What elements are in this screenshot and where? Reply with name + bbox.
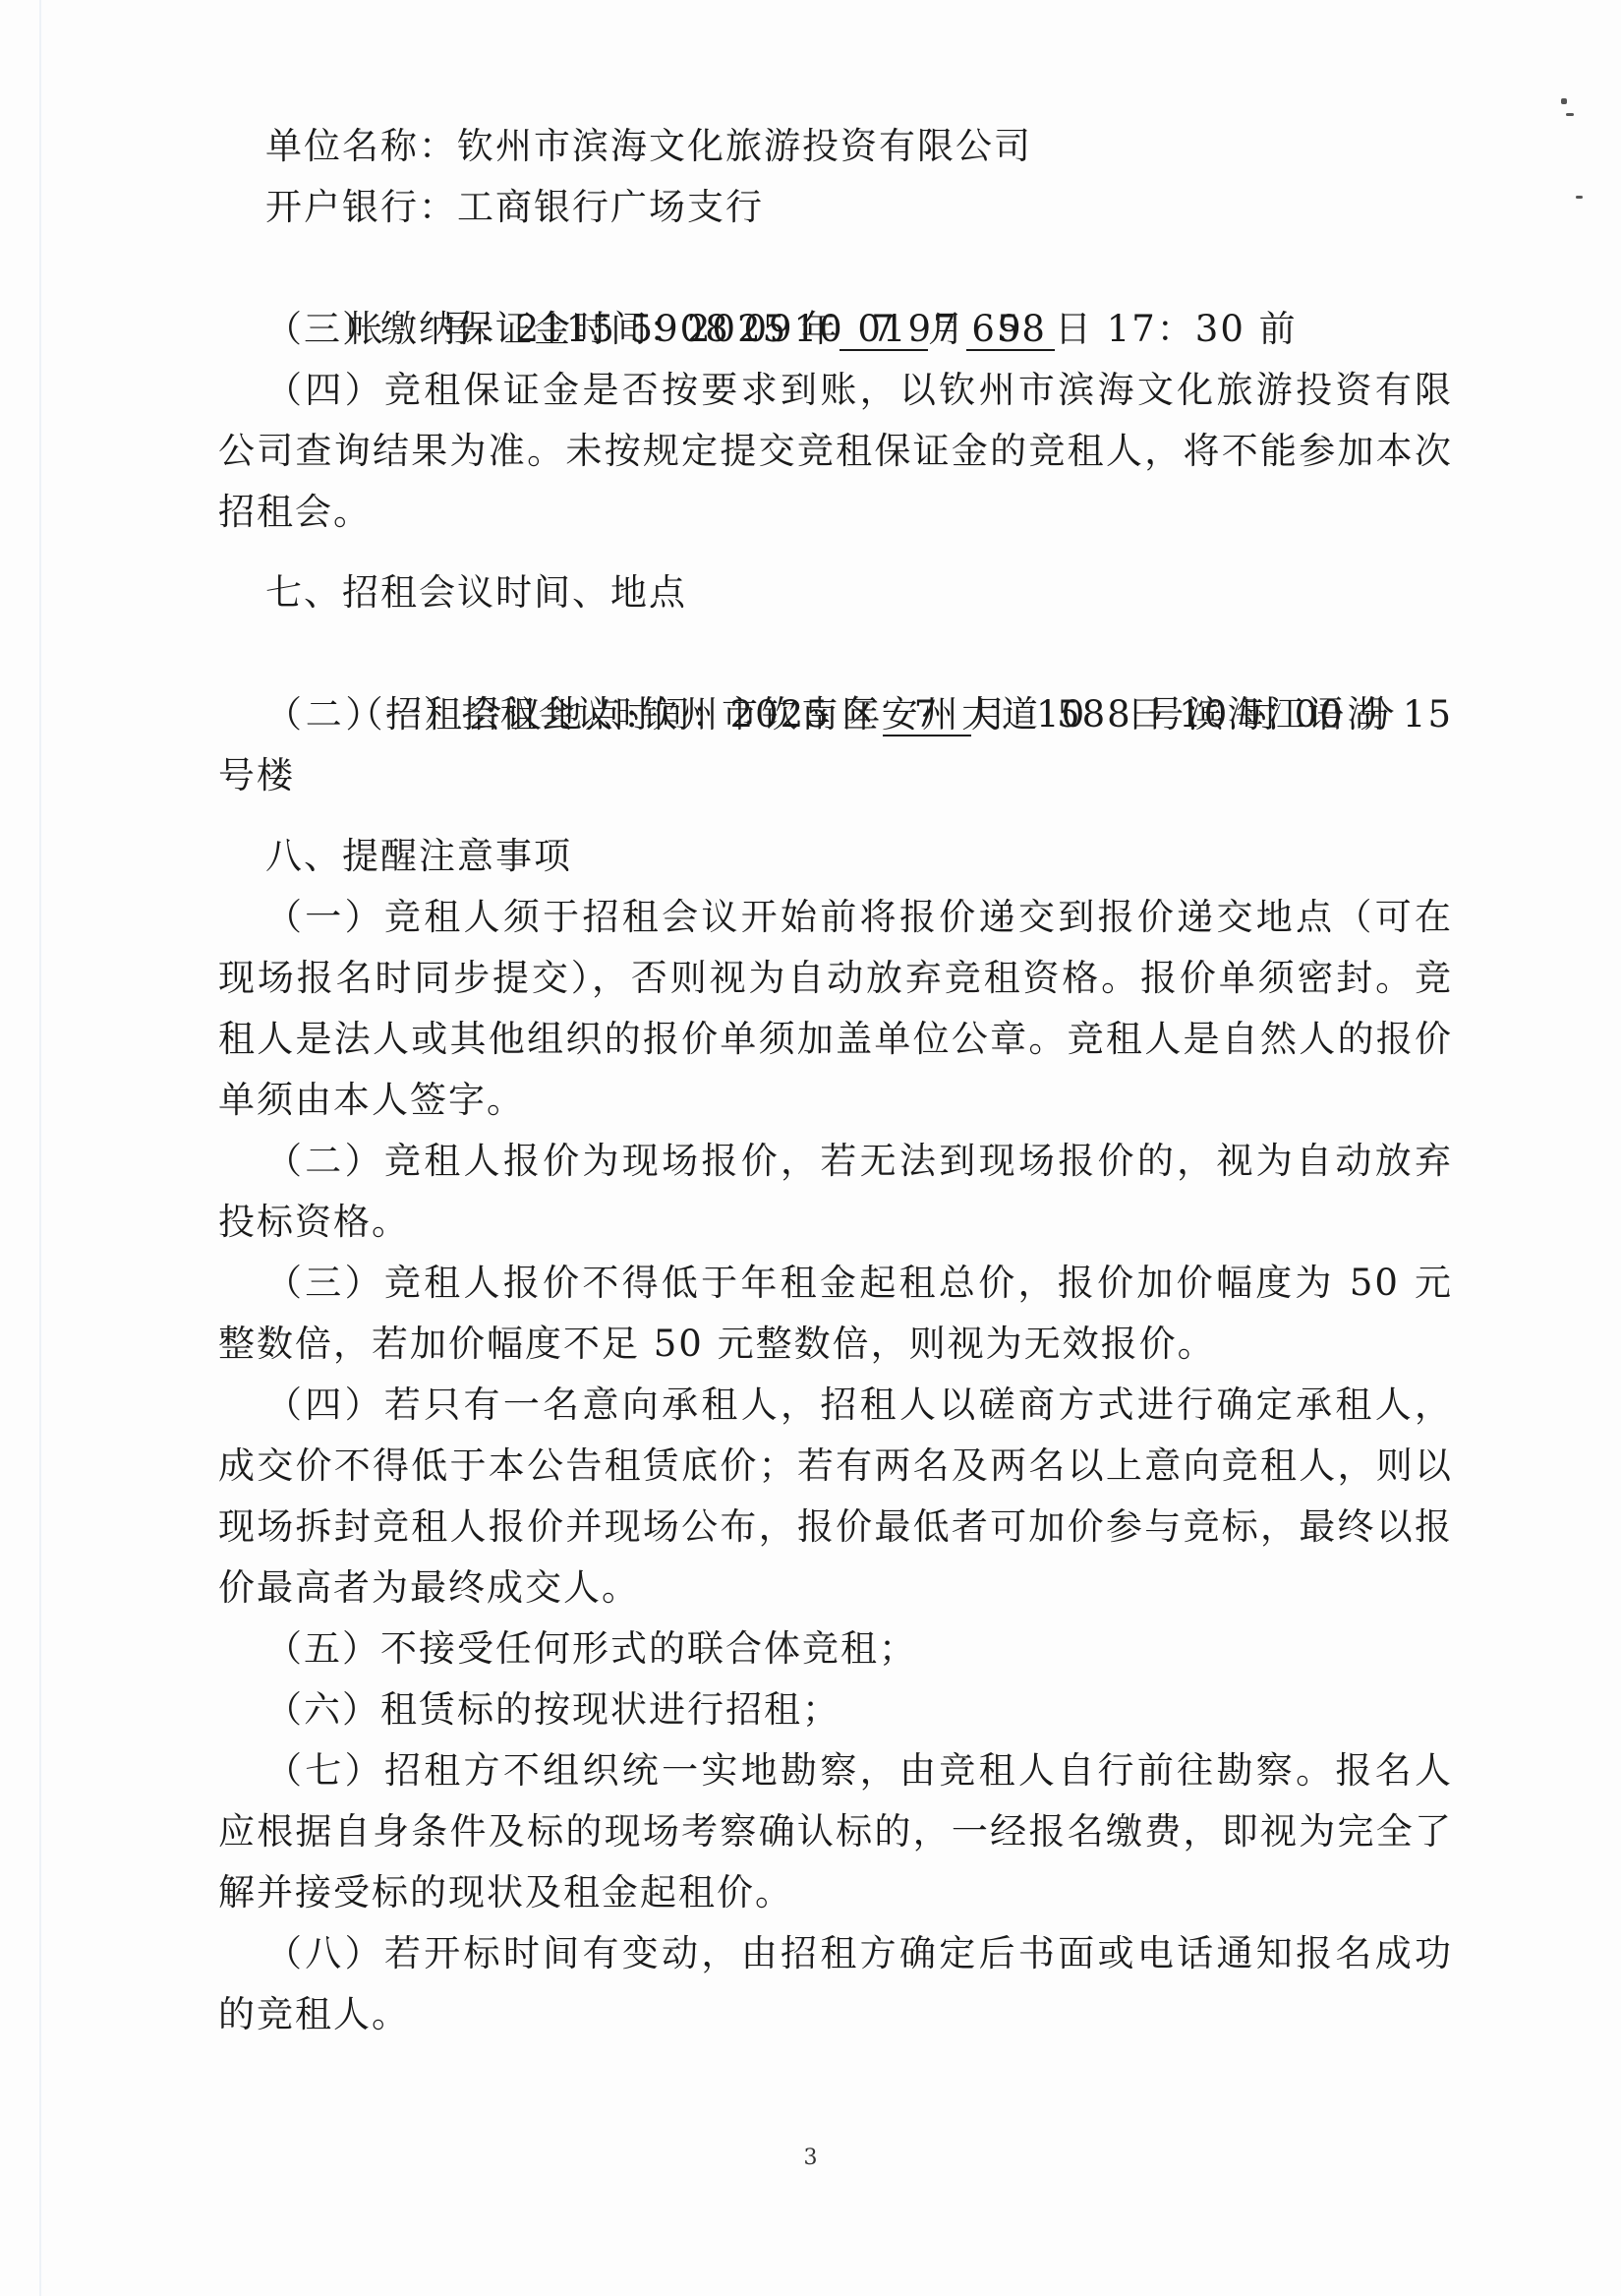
scan-speck [1566,113,1574,116]
bank-value: 工商银行广场支行 [457,186,764,228]
document-body: 单位名称：钦州市滨海文化旅游投资有限公司 开户银行：工商银行广场支行 帐 号：2… [218,116,1453,2045]
meeting-time-line: （一）招租会议时间：2025 年7月 10 日 10 时 00 分 [218,623,1453,684]
deposit-deadline-prefix: （三）缴纳保证金时间：2025 年 [265,308,839,350]
document-page: 单位名称：钦州市滨海文化旅游投资有限公司 开户银行：工商银行广场支行 帐 号：2… [0,0,1621,2296]
notice-item-1: （一）竞租人须于招租会议开始前将报价递交到报价递交地点（可在现场报名时同步提交）… [218,887,1453,1131]
notice-item-8: （八）若开标时间有变动，由招租方确定后书面或电话通知报名成功的竞租人。 [218,1923,1453,2045]
notice-item-5: （五）不接受任何形式的联合体竞租； [218,1619,1453,1679]
bank-label: 开户银行： [265,186,457,228]
page-number: 3 [0,2146,1621,2170]
meeting-location-paragraph: （二）招租会议地点:钦州市钦南区安州大道 588 号滨海江语湖 15 号楼 [218,684,1453,806]
deposit-check-paragraph: （四）竞租保证金是否按要求到账，以钦州市滨海文化旅游投资有限公司查询结果为准。未… [218,360,1453,543]
account-line: 帐 号：2115 5908 0910 0197 658 [218,238,1453,299]
scan-speck [1576,196,1583,199]
unit-name-value: 钦州市滨海文化旅游投资有限公司 [457,125,1032,167]
deposit-day: 9 [966,310,1055,351]
deposit-deadline-suffix: 日 17：30 前 [1055,308,1298,350]
notice-item-3: （三）竞租人报价不得低于年租金起租总价，报价加价幅度为 50 元整数倍，若加价幅… [218,1253,1453,1375]
unit-name-label: 单位名称： [265,125,457,167]
notice-item-7: （七）招租方不组织统一实地勘察，由竞租人自行前往勘察。报名人应根据自身条件及标的… [218,1740,1453,1923]
notice-item-2: （二）竞租人报价为现场报价，若无法到现场报价的，视为自动放弃投标资格。 [218,1131,1453,1253]
scan-speck [1561,98,1567,104]
bank-line: 开户银行：工商银行广场支行 [218,177,1453,238]
notice-item-6: （六）租赁标的按现状进行招租； [218,1679,1453,1740]
scan-edge-shadow [39,0,41,2296]
deposit-deadline-line: （三）缴纳保证金时间：2025 年7月9日 17：30 前 [218,299,1453,360]
deposit-month: 7 [839,310,928,351]
notice-item-4: （四）若只有一名意向承租人，招租人以磋商方式进行确定承租人，成交价不得低于本公告… [218,1375,1453,1619]
deposit-month-suffix: 月 [928,308,966,350]
section-8-title: 八、提醒注意事项 [218,826,1453,887]
unit-name-line: 单位名称：钦州市滨海文化旅游投资有限公司 [218,116,1453,177]
section-7-title: 七、招租会议时间、地点 [218,562,1453,623]
